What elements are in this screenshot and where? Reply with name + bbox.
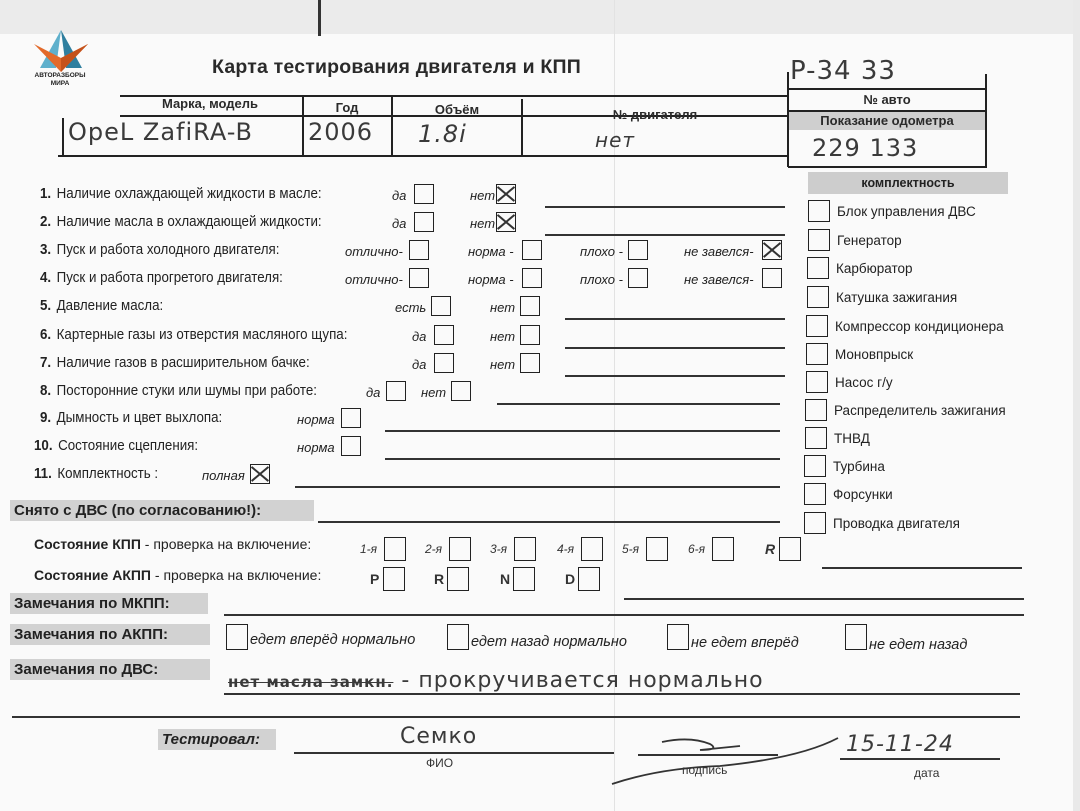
question-label: 1.Наличие охлаждающей жидкости в масле: xyxy=(40,186,322,202)
kit-item-checkbox[interactable] xyxy=(804,512,826,534)
kit-item-label: Карбюратор xyxy=(836,261,913,276)
kit-item-label: Проводка двигателя xyxy=(833,516,960,531)
dvs-remarks-line xyxy=(224,693,1020,695)
question-number: 5. xyxy=(40,298,51,314)
kit-item-checkbox[interactable] xyxy=(808,229,830,251)
akpp-gear-label: D xyxy=(565,571,575,587)
question-notes-line xyxy=(565,375,785,377)
question-notes-line xyxy=(295,486,780,488)
kit-item-checkbox[interactable] xyxy=(805,399,827,421)
signature-caption: подпись xyxy=(682,763,727,777)
option-label: норма - xyxy=(468,244,514,259)
akpp-remark-checkbox[interactable] xyxy=(226,624,248,650)
option-checkbox[interactable] xyxy=(522,268,542,288)
kpp-gear-label: 2-я xyxy=(425,542,442,556)
option-checkbox[interactable] xyxy=(496,184,516,204)
akpp-remark-checkbox[interactable] xyxy=(845,624,867,650)
kit-item-label: Компрессор кондиционера xyxy=(835,319,1004,334)
kit-item-checkbox[interactable] xyxy=(806,315,828,337)
option-label: да xyxy=(412,329,426,344)
header-table-right-edge xyxy=(985,74,987,168)
dvs-remarks-text: - прокручивается нормально xyxy=(393,668,763,693)
option-checkbox[interactable] xyxy=(386,381,406,401)
kit-item-checkbox[interactable] xyxy=(806,343,828,365)
kpp-gear-label: 6-я xyxy=(688,542,705,556)
option-checkbox[interactable] xyxy=(520,353,540,373)
question-number: 8. xyxy=(40,383,51,399)
question-label: 7.Наличие газов в расширительном бачке: xyxy=(40,355,310,371)
akpp-remark-label: не едет назад xyxy=(869,637,967,653)
option-checkbox[interactable] xyxy=(414,184,434,204)
kit-item-label: Распределитель зажигания xyxy=(834,403,1006,418)
dvs-remarks-value: нет масла замкн. - прокручивается нормал… xyxy=(228,668,764,693)
option-label: отлично- xyxy=(345,244,403,259)
dvs-remarks-label: Замечания по ДВС: xyxy=(10,659,210,680)
kit-title: комплектность xyxy=(808,172,1008,194)
handwritten-plate-number: P-34 33 xyxy=(790,56,896,86)
akpp-remark-checkbox[interactable] xyxy=(667,624,689,650)
option-checkbox[interactable] xyxy=(496,212,516,232)
question-label: 8.Посторонние стуки или шумы при работе: xyxy=(40,383,317,399)
question-label: 2.Наличие масла в охлаждающей жидкости: xyxy=(40,214,322,230)
car-number-label: № авто xyxy=(789,92,985,107)
kit-item-label: Катушка зажигания xyxy=(836,290,957,305)
option-checkbox[interactable] xyxy=(409,268,429,288)
logo-text: АВТОРАЗБОРЫ МИРА xyxy=(18,72,102,88)
option-checkbox[interactable] xyxy=(628,240,648,260)
akpp-remarks-label: Замечания по АКПП: xyxy=(10,624,210,645)
dvs-remarks-struck-text: нет масла замкн. xyxy=(228,673,393,691)
kit-item-checkbox[interactable] xyxy=(804,483,826,505)
question-text: Наличие газов в расширительном бачке: xyxy=(57,355,310,371)
name-line xyxy=(294,752,614,754)
question-number: 1. xyxy=(40,186,51,202)
removed-section-label: Снято с ДВС (по согласованию!): xyxy=(10,500,314,521)
question-label: 9.Дымность и цвет выхлопа: xyxy=(40,410,222,426)
fold-mark xyxy=(318,0,321,36)
kpp-gear-checkbox[interactable] xyxy=(514,537,536,561)
question-notes-line xyxy=(545,206,785,208)
question-text: Картерные газы из отверстия масляного щу… xyxy=(57,327,348,343)
question-label: 11.Комплектность : xyxy=(34,466,158,482)
kpp-gear-label: 5-я xyxy=(622,542,639,556)
option-checkbox[interactable] xyxy=(431,296,451,316)
question-number: 11. xyxy=(34,466,52,482)
question-notes-line xyxy=(497,403,780,405)
question-notes-line xyxy=(385,458,780,460)
date-value: 15-11-24 xyxy=(846,732,954,757)
option-label: да xyxy=(412,357,426,372)
option-checkbox[interactable] xyxy=(341,436,361,456)
kit-item-label: ТНВД xyxy=(834,431,870,446)
option-label: нет xyxy=(470,188,495,203)
mkpp-remarks-label: Замечания по МКПП: xyxy=(10,593,208,614)
akpp-remark-label: едет назад нормально xyxy=(471,634,627,650)
kpp-gear-checkbox[interactable] xyxy=(779,537,801,561)
date-caption: дата xyxy=(914,766,939,780)
question-text: Комплектность : xyxy=(57,466,158,482)
kpp-gear-checkbox[interactable] xyxy=(581,537,603,561)
question-text: Пуск и работа холодного двигателя: xyxy=(57,242,280,258)
question-label: 4.Пуск и работа прогретого двигателя: xyxy=(40,270,283,286)
question-text: Наличие охлаждающей жидкости в масле: xyxy=(57,186,322,202)
question-text: Состояние сцепления: xyxy=(58,438,198,454)
option-checkbox[interactable] xyxy=(520,325,540,345)
question-text: Наличие масла в охлаждающей жидкости: xyxy=(57,214,322,230)
make-model-value: OpeL ZafiRA-B xyxy=(68,118,253,146)
kpp-gear-checkbox[interactable] xyxy=(712,537,734,561)
tested-by-label: Тестировал: xyxy=(158,729,276,750)
odometer-bottom-line xyxy=(788,166,986,168)
option-label: плохо - xyxy=(580,272,623,287)
kpp-gear-checkbox[interactable] xyxy=(646,537,668,561)
question-notes-line xyxy=(385,430,780,432)
tester-name-value: Семко xyxy=(400,724,477,749)
akpp-label: Состояние АКПП - проверка на включение: xyxy=(34,567,321,583)
date-line xyxy=(840,758,1000,760)
akpp-remark-label: едет вперёд нормально xyxy=(250,632,415,648)
option-label: нет xyxy=(490,357,515,372)
option-checkbox[interactable] xyxy=(414,212,434,232)
option-label: да xyxy=(392,188,406,203)
option-checkbox[interactable] xyxy=(434,353,454,373)
option-label: да xyxy=(366,385,380,400)
option-checkbox[interactable] xyxy=(520,296,540,316)
option-checkbox[interactable] xyxy=(250,464,270,484)
kpp-label: Состояние КПП - проверка на включение: xyxy=(34,536,311,552)
option-label: нет xyxy=(421,385,446,400)
kit-item-label: Турбина xyxy=(833,459,885,474)
akpp-gear-label: R xyxy=(434,571,444,587)
question-text: Дымность и цвет выхлопа: xyxy=(57,410,223,426)
question-notes-line xyxy=(545,234,785,236)
option-label: не завелся- xyxy=(684,244,754,259)
kpp-gear-checkbox[interactable] xyxy=(384,537,406,561)
option-checkbox[interactable] xyxy=(409,240,429,260)
akpp-gear-checkbox[interactable] xyxy=(447,567,469,591)
option-checkbox[interactable] xyxy=(522,240,542,260)
question-label: 5.Давление масла: xyxy=(40,298,163,314)
mkpp-remarks-line xyxy=(224,614,1024,616)
name-caption: ФИО xyxy=(426,756,453,770)
option-checkbox[interactable] xyxy=(434,325,454,345)
kit-item-checkbox[interactable] xyxy=(807,286,829,308)
option-label: не завелся- xyxy=(684,272,754,287)
option-checkbox[interactable] xyxy=(762,240,782,260)
col-header-year: Год xyxy=(304,100,390,115)
option-label: отлично- xyxy=(345,272,403,287)
col-header-volume: Объём xyxy=(393,102,521,117)
col-header-make-model: Марка, модель xyxy=(120,96,300,111)
kpp-notes-line xyxy=(822,567,1022,569)
removed-section-line xyxy=(318,521,780,523)
akpp-gear-label: N xyxy=(500,571,510,587)
dvs-remarks-line-2 xyxy=(12,716,1020,718)
kpp-gear-label: 4-я xyxy=(557,542,574,556)
kit-item-label: Блок управления ДВС xyxy=(837,204,976,219)
kit-item-checkbox[interactable] xyxy=(805,427,827,449)
question-notes-line xyxy=(565,318,785,320)
logo-line2: МИРА xyxy=(18,80,102,88)
header-table-bottom-line xyxy=(58,155,788,157)
akpp-remark-label: не едет вперёд xyxy=(691,635,799,651)
question-number: 2. xyxy=(40,214,51,230)
akpp-notes-line xyxy=(624,598,1024,600)
option-label: плохо - xyxy=(580,244,623,259)
question-text: Давление масла: xyxy=(57,298,164,314)
logo-line1: АВТОРАЗБОРЫ xyxy=(18,72,102,80)
kit-item-checkbox[interactable] xyxy=(804,455,826,477)
question-number: 10. xyxy=(34,438,53,454)
signature-icon xyxy=(600,728,850,788)
akpp-gear-label: P xyxy=(370,571,379,587)
question-text: Посторонние стуки или шумы при работе: xyxy=(57,383,317,399)
year-value: 2006 xyxy=(308,118,373,146)
question-notes-line xyxy=(565,347,785,349)
option-label: нет xyxy=(470,216,495,231)
option-checkbox[interactable] xyxy=(451,381,471,401)
paper-edge xyxy=(1073,0,1080,811)
kit-item-label: Насос г/у xyxy=(835,375,893,390)
akpp-gear-checkbox[interactable] xyxy=(578,567,600,591)
akpp-gear-checkbox[interactable] xyxy=(513,567,535,591)
option-checkbox[interactable] xyxy=(628,268,648,288)
question-label: 3.Пуск и работа холодного двигателя: xyxy=(40,242,279,258)
kpp-gear-checkbox[interactable] xyxy=(449,537,471,561)
kpp-gear-label: 3-я xyxy=(490,542,507,556)
kit-item-label: Моновпрыск xyxy=(835,347,913,362)
page-title: Карта тестирования двигателя и КПП xyxy=(212,56,581,79)
option-label: норма xyxy=(297,440,335,455)
question-text: Пуск и работа прогретого двигателя: xyxy=(57,270,283,286)
option-label: полная xyxy=(202,468,245,483)
kit-item-checkbox[interactable] xyxy=(808,200,830,222)
kit-item-label: Форсунки xyxy=(833,487,893,502)
odometer-label: Показание одометра xyxy=(789,112,985,130)
option-label: норма xyxy=(297,412,335,427)
question-number: 3. xyxy=(40,242,51,258)
kit-item-label: Генератор xyxy=(837,233,902,248)
option-checkbox[interactable] xyxy=(341,408,361,428)
question-number: 6. xyxy=(40,327,51,343)
kpp-gear-label: 1-я xyxy=(360,542,377,556)
odometer-value: 229 133 xyxy=(812,134,918,162)
question-label: 10.Состояние сцепления: xyxy=(34,438,198,454)
engine-number-value: нет xyxy=(595,128,635,152)
option-checkbox[interactable] xyxy=(762,268,782,288)
col-header-engine-number: № двигателя xyxy=(523,107,787,122)
question-number: 9. xyxy=(40,410,51,426)
kit-item-checkbox[interactable] xyxy=(807,257,829,279)
option-label: да xyxy=(392,216,406,231)
option-label: нет xyxy=(490,329,515,344)
volume-value: 1.8i xyxy=(418,120,467,148)
question-number: 4. xyxy=(40,270,51,286)
question-number: 7. xyxy=(40,355,51,371)
option-label: есть xyxy=(395,300,426,315)
option-label: нет xyxy=(490,300,515,315)
kpp-gear-label: R xyxy=(765,541,775,557)
akpp-remark-checkbox[interactable] xyxy=(447,624,469,650)
car-number-top-line xyxy=(788,88,986,90)
akpp-gear-checkbox[interactable] xyxy=(383,567,405,591)
option-label: норма - xyxy=(468,272,514,287)
question-label: 6.Картерные газы из отверстия масляного … xyxy=(40,327,347,343)
header-table-left-edge xyxy=(62,118,64,156)
kit-item-checkbox[interactable] xyxy=(806,371,828,393)
